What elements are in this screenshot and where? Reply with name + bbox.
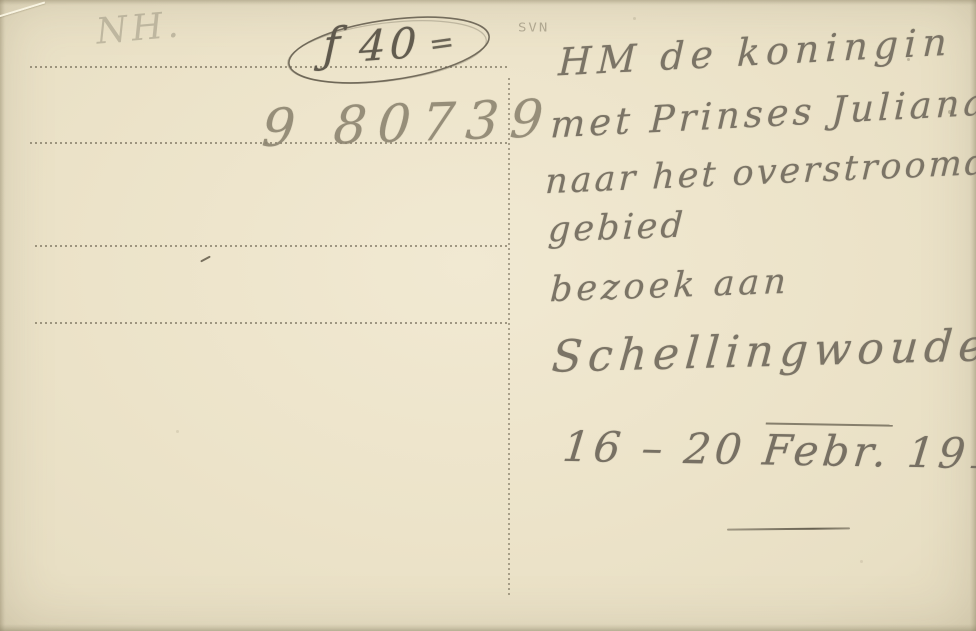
faint-pencil-initials: NH. (94, 4, 184, 52)
message-line-5: bezoek aan (549, 262, 791, 310)
date-month: Febr. (760, 422, 893, 476)
date-range: 16 – 20 (560, 422, 765, 474)
price-note: ƒ 40 = (283, 12, 499, 92)
paper-speck (860, 560, 863, 563)
divider-line (508, 78, 510, 597)
paper-speck (633, 17, 636, 20)
left-edge-shadow (0, 0, 5, 631)
paper-speck (948, 110, 952, 114)
faint-print-mark: SVN (518, 21, 549, 35)
message-line-6: Schellingwoude (550, 320, 976, 383)
message-line-1: HM de koningin (557, 20, 953, 85)
inventory-number: 9 80739 (260, 89, 556, 159)
top-edge-shadow (0, 0, 976, 5)
bottom-edge-shadow (0, 624, 976, 631)
paper-speck (907, 58, 910, 61)
price-amount: 40 (358, 18, 421, 72)
message-line-3: naar het overstroomde (544, 142, 976, 203)
currency-symbol: ƒ (322, 17, 341, 73)
date-year: 1916 (888, 428, 976, 479)
corner-crease (0, 1, 45, 18)
date-underline-stroke (727, 527, 850, 530)
message-line-2: met Prinses Juliana (550, 80, 976, 146)
stray-pencil-mark (200, 256, 211, 263)
address-line-4 (35, 322, 508, 324)
price-suffix: = (427, 24, 457, 62)
address-line-3 (35, 245, 508, 247)
paper-speck (176, 430, 179, 433)
postcard-back: NH. SVN ƒ 40 = 9 80739 HM de koningin me… (0, 0, 976, 631)
message-line-4: gebied (547, 206, 687, 251)
message-date-line: 16 – 20 Febr. 1916 (560, 422, 976, 479)
